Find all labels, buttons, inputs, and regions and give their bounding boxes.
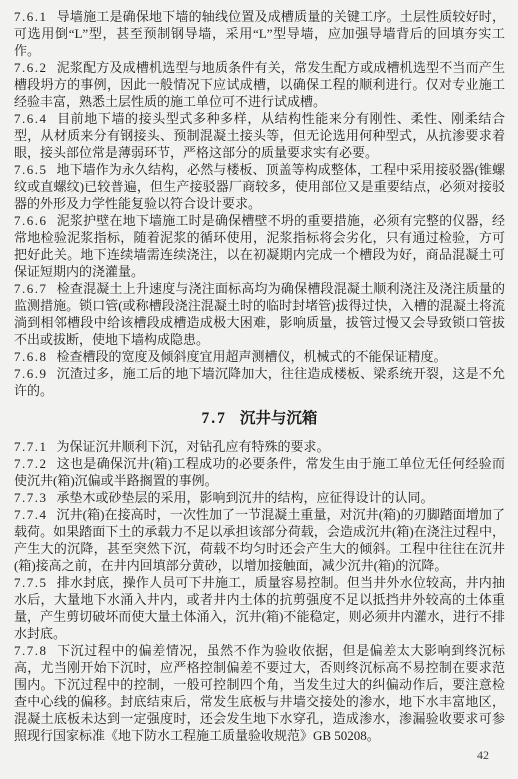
- clause-text: 下沉过程中的偏差情况，虽然不作为验收依据，但是偏差太大影响到终沉标高，尤当刚开始…: [14, 643, 505, 743]
- document-page: 7.6.1导墙施工是确保地下墙的轴线位置及成槽质量的关键工序。土层性质较好时，可…: [0, 0, 518, 779]
- clause-text: 导墙施工是确保地下墙的轴线位置及成槽质量的关键工序。土层性质较好时，可选用倒“L…: [14, 9, 505, 58]
- clause-7-6-7: 7.6.7检查混凝土上升速度与浇注面标高均为确保槽段混凝土顺利浇注及浇注质量的监…: [14, 280, 505, 348]
- section-heading-7-7: 7.7沉井与沉箱: [14, 409, 505, 429]
- clause-text: 承垫木或砂垫层的采用，影响到沉井的结构，应征得设计的认同。: [57, 490, 434, 505]
- clause-text: 泥浆护壁在地下墙施工时是确保槽壁不坍的重要措施，必须有完整的仪器，经常地检验泥浆…: [14, 213, 505, 279]
- clause-number: 7.7.5: [14, 575, 48, 590]
- clause-number: 7.7.1: [14, 439, 48, 454]
- page-number: 42: [477, 748, 489, 763]
- clause-text: 沉井(箱)在接高时，一次性加了一节混凝土重量，对沉井(箱)的刃脚踏面增加了载荷。…: [14, 507, 505, 573]
- clause-number: 7.7.2: [14, 456, 48, 471]
- clause-text: 沉渣过多，施工后的地下墙沉降加大，往往造成楼板、梁系统开裂，这是不允许的。: [14, 366, 505, 398]
- clause-7-6-4: 7.6.4目前地下墙的接头型式多种多样，从结构性能来分有刚性、柔性、刚柔结合型，…: [14, 110, 505, 161]
- clause-number: 7.6.5: [14, 162, 48, 177]
- clause-7-7-3: 7.7.3承垫木或砂垫层的采用，影响到沉井的结构，应征得设计的认同。: [14, 489, 505, 506]
- clause-7-6-5: 7.6.5地下墙作为永久结构，必然与楼板、顶盖等构成整体，工程中采用接驳器(锥螺…: [14, 161, 505, 212]
- clause-text: 地下墙作为永久结构，必然与楼板、顶盖等构成整体，工程中采用接驳器(锥螺纹或直螺纹…: [14, 162, 505, 211]
- clause-number: 7.6.8: [14, 349, 48, 364]
- clause-7-7-1: 7.7.1为保证沉井顺利下沉，对钻孔应有特殊的要求。: [14, 438, 505, 455]
- clause-number: 7.7.8: [14, 643, 48, 658]
- clause-text: 这也是确保沉井(箱)工程成功的必要条件，常发生由于施工单位无任何经验而使沉井(箱…: [14, 456, 505, 488]
- clause-7-6-9: 7.6.9沉渣过多，施工后的地下墙沉降加大，往往造成楼板、梁系统开裂，这是不允许…: [14, 365, 505, 399]
- clause-number: 7.6.9: [14, 366, 48, 381]
- clause-7-7-4: 7.7.4沉井(箱)在接高时，一次性加了一节混凝土重量，对沉井(箱)的刃脚踏面增…: [14, 506, 505, 574]
- clause-text: 检查混凝土上升速度与浇注面标高均为确保槽段混凝土顺利浇注及浇注质量的监测措施。锁…: [14, 281, 505, 347]
- clause-number: 7.6.2: [14, 60, 48, 75]
- clause-7-6-8: 7.6.8检查槽段的宽度及倾斜度宜用超声测槽仪，机械式的不能保证精度。: [14, 348, 505, 365]
- clause-7-6-2: 7.6.2泥浆配方及成槽机选型与地质条件有关，常发生配方或成槽机选型不当而产生槽…: [14, 59, 505, 110]
- clause-7-7-5: 7.7.5排水封底，操作人员可下井施工，质量容易控制。但当井外水位较高，井内抽水…: [14, 574, 505, 642]
- clause-text: 排水封底，操作人员可下井施工，质量容易控制。但当井外水位较高，井内抽水后，大量地…: [14, 575, 505, 641]
- clause-number: 7.6.4: [14, 111, 48, 126]
- clause-text: 检查槽段的宽度及倾斜度宜用超声测槽仪，机械式的不能保证精度。: [57, 349, 447, 364]
- clause-number: 7.6.7: [14, 281, 48, 296]
- clause-number: 7.6.6: [14, 213, 48, 228]
- section-title: 沉井与沉箱: [240, 410, 318, 427]
- clause-7-6-6: 7.6.6泥浆护壁在地下墙施工时是确保槽壁不坍的重要措施，必须有完整的仪器，经常…: [14, 212, 505, 280]
- section-number: 7.7: [202, 410, 227, 427]
- clause-number: 7.6.1: [14, 9, 48, 24]
- clause-7-7-2: 7.7.2这也是确保沉井(箱)工程成功的必要条件，常发生由于施工单位无任何经验而…: [14, 455, 505, 489]
- clause-number: 7.7.3: [14, 490, 48, 505]
- clause-7-7-8: 7.7.8下沉过程中的偏差情况，虽然不作为验收依据，但是偏差太大影响到终沉标高，…: [14, 642, 505, 744]
- clause-7-6-1: 7.6.1导墙施工是确保地下墙的轴线位置及成槽质量的关键工序。土层性质较好时，可…: [14, 8, 505, 59]
- clause-text: 泥浆配方及成槽机选型与地质条件有关，常发生配方或成槽机选型不当而产生槽段坍方的事…: [14, 60, 505, 109]
- clause-number: 7.7.4: [14, 507, 48, 522]
- clause-text: 目前地下墙的接头型式多种多样，从结构性能来分有刚性、柔性、刚柔结合型，从材质来分…: [14, 111, 505, 160]
- clause-text: 为保证沉井顺利下沉，对钻孔应有特殊的要求。: [57, 439, 330, 454]
